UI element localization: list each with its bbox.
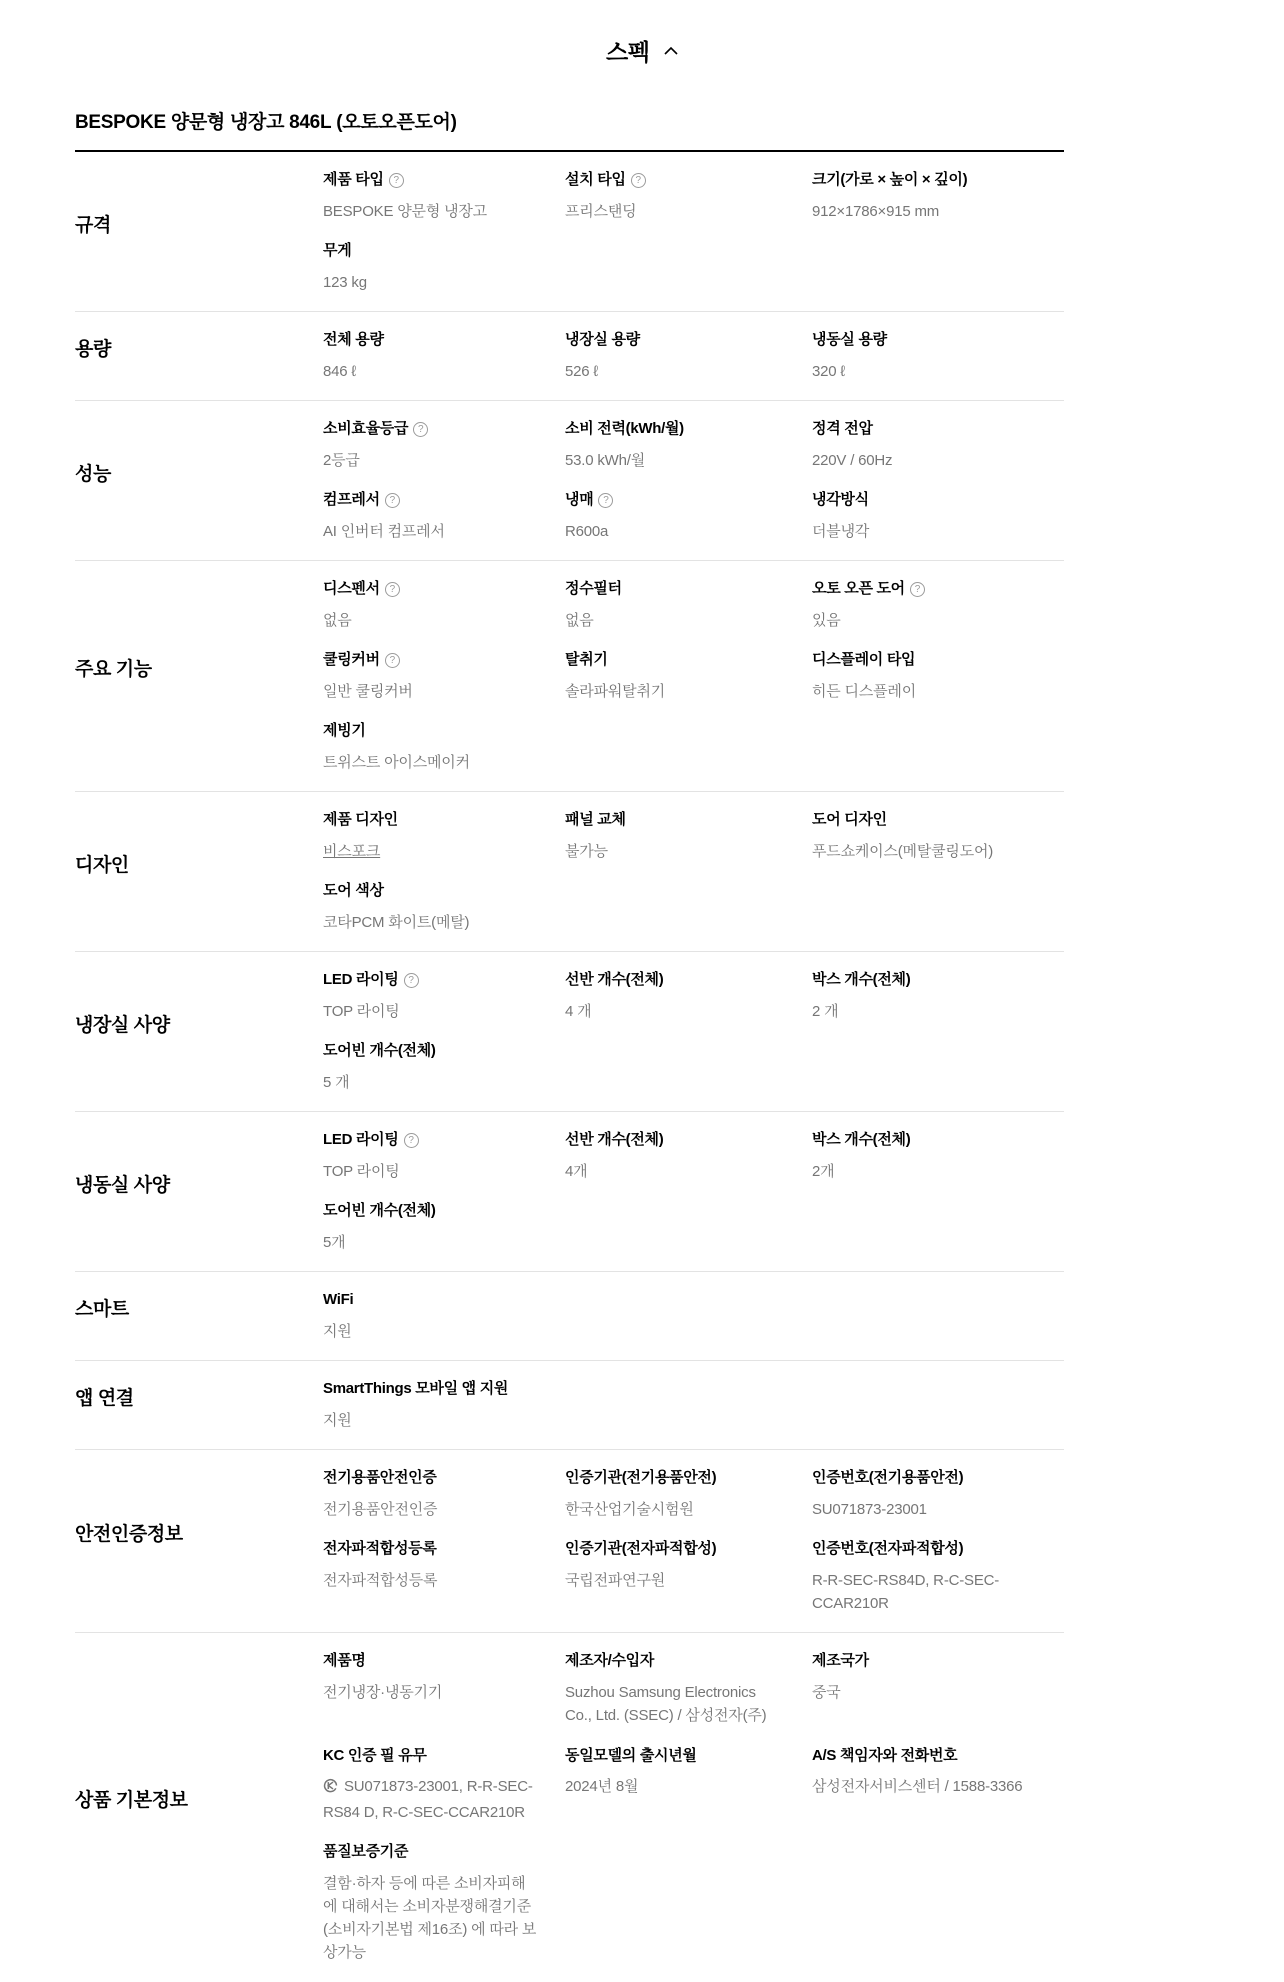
spec-cell: 무게123 kg	[323, 242, 565, 294]
spec-row: 도어 색상코타PCM 화이트(메탈)	[323, 863, 1064, 934]
spec-cell-label-text: 무게	[323, 242, 351, 259]
spec-cell-label-text: 전자파적합성등록	[323, 1540, 437, 1557]
spec-content: BESPOKE양문형 냉장고846L(오토오픈도어) 규격제품 타입?BESPO…	[75, 107, 1064, 1982]
spec-cell-value: 트위스트 아이스메이커	[323, 751, 537, 774]
spec-cell: 선반 개수(전체)4개	[565, 1131, 812, 1183]
spec-row: LED 라이팅?TOP 라이팅선반 개수(전체)4 개박스 개수(전체)2 개	[323, 952, 1064, 1023]
spec-row: 쿨링커버?일반 쿨링커버탈취기솔라파워탈취기디스플레이 타입히든 디스플레이	[323, 632, 1064, 703]
spec-cell-value-text: TOP 라이팅	[323, 1163, 400, 1180]
spec-cell-label: A/S 책임자와 전화번호	[812, 1747, 1036, 1766]
section-content: 전체 용량846 ℓ냉장실 용량526 ℓ냉동실 용량320 ℓ	[323, 312, 1064, 383]
spec-cell-value: 220V / 60Hz	[812, 449, 1036, 472]
section-content: LED 라이팅?TOP 라이팅선반 개수(전체)4 개박스 개수(전체)2 개도…	[323, 952, 1064, 1094]
spec-cell-value: 결함·하자 등에 따른 소비자피해에 대해서는 소비자분쟁해결기준(소비자기본법…	[323, 1872, 537, 1965]
spec-cell: 냉각방식더블냉각	[812, 491, 1064, 543]
spec-cell: LED 라이팅?TOP 라이팅	[323, 971, 565, 1023]
spec-row: 제품명전기냉장·냉동기기제조자/수입자Suzhou Samsung Electr…	[323, 1633, 1064, 1727]
spec-cell-label: 디스플레이 타입	[812, 651, 1036, 670]
spec-cell-label-text: 크기(가로 × 높이 × 깊이)	[812, 171, 967, 188]
spec-cell-label: 제품명	[323, 1652, 537, 1671]
spec-cell: 전자파적합성등록전자파적합성등록	[323, 1540, 565, 1615]
spec-cell-label: 도어 디자인	[812, 811, 1036, 830]
spec-cell-value-text: 846 ℓ	[323, 363, 356, 380]
spec-cell-value-text: 트위스트 아이스메이커	[323, 754, 470, 771]
spec-cell-value-text: 4개	[565, 1163, 587, 1180]
info-tooltip-icon[interactable]: ?	[389, 173, 404, 188]
spec-row: SmartThings 모바일 앱 지원지원	[323, 1361, 1064, 1432]
section-content: SmartThings 모바일 앱 지원지원	[323, 1361, 1064, 1432]
spec-cell-label: 도어빈 개수(전체)	[323, 1042, 537, 1061]
section-label: 냉장실 사양	[75, 952, 323, 1094]
spec-cell-label: 쿨링커버?	[323, 651, 537, 670]
spec-cell-value-text: Suzhou Samsung Electronics Co., Ltd. (SS…	[565, 1684, 766, 1724]
product-type: 양문형 냉장고	[171, 112, 284, 133]
spec-cell-value-text: 일반 쿨링커버	[323, 683, 413, 700]
spec-cell-label-text: 정수필터	[565, 580, 622, 597]
spec-cell-label: 선반 개수(전체)	[565, 1131, 784, 1150]
spec-cell-label-text: 정격 전압	[812, 420, 873, 437]
section-content: 제품명전기냉장·냉동기기제조자/수입자Suzhou Samsung Electr…	[323, 1633, 1064, 1964]
spec-cell-label-text: 전기용품안전인증	[323, 1469, 437, 1486]
spec-cell-label-text: 오토 오픈 도어	[812, 580, 905, 597]
spec-cell-label: 제조자/수입자	[565, 1652, 784, 1671]
section-label: 성능	[75, 401, 323, 543]
spec-cell-label-text: 인증기관(전기용품안전)	[565, 1469, 716, 1486]
spec-cell-label: 크기(가로 × 높이 × 깊이)	[812, 171, 1036, 190]
spec-cell-label: 무게	[323, 242, 537, 261]
spec-cell-label: 설치 타입?	[565, 171, 784, 190]
spec-cell: WiFi지원	[323, 1291, 565, 1343]
section-content: LED 라이팅?TOP 라이팅선반 개수(전체)4개박스 개수(전체)2개도어빈…	[323, 1112, 1064, 1254]
spec-cell: 제품 디자인비스포크	[323, 811, 565, 863]
spec-cell-label-text: WiFi	[323, 1291, 353, 1308]
spec-cell-value: Suzhou Samsung Electronics Co., Ltd. (SS…	[565, 1681, 784, 1728]
spec-cell-value: 전기냉장·냉동기기	[323, 1681, 537, 1704]
spec-cell: 전기용품안전인증전기용품안전인증	[323, 1469, 565, 1521]
spec-cell-label-text: 선반 개수(전체)	[565, 971, 663, 988]
section-content: 디스펜서?없음정수필터없음오토 오픈 도어?있음쿨링커버?일반 쿨링커버탈취기솔…	[323, 561, 1064, 774]
spec-row: 제빙기트위스트 아이스메이커	[323, 703, 1064, 774]
spec-cell: 설치 타입?프리스탠딩	[565, 171, 812, 223]
spec-cell-value: 국립전파연구원	[565, 1569, 784, 1592]
spec-cell-label: 탈취기	[565, 651, 784, 670]
spec-cell: 전체 용량846 ℓ	[323, 331, 565, 383]
spec-row: 제품 디자인비스포크패널 교체불가능도어 디자인푸드쇼케이스(메탈쿨링도어)	[323, 792, 1064, 863]
spec-cell: 패널 교체불가능	[565, 811, 812, 863]
spec-cell: 디스펜서?없음	[323, 580, 565, 632]
spec-cell-value: 일반 쿨링커버	[323, 680, 537, 703]
spec-row: 도어빈 개수(전체)5개	[323, 1183, 1064, 1254]
spec-cell-label-text: 도어빈 개수(전체)	[323, 1042, 436, 1059]
spec-cell: 선반 개수(전체)4 개	[565, 971, 812, 1023]
spec-cell: 도어 디자인푸드쇼케이스(메탈쿨링도어)	[812, 811, 1064, 863]
spec-cell-value-text: 푸드쇼케이스(메탈쿨링도어)	[812, 843, 993, 860]
spec-cell: 도어빈 개수(전체)5개	[323, 1202, 565, 1254]
info-tooltip-icon[interactable]: ?	[413, 422, 428, 437]
spec-row: 전자파적합성등록전자파적합성등록인증기관(전자파적합성)국립전파연구원인증번호(…	[323, 1521, 1064, 1615]
spec-cell-label: 컴프레서?	[323, 491, 537, 510]
spec-cell-value: SU071873-23001	[812, 1498, 1036, 1521]
spec-cell-value: SU071873-23001, R-R-SEC-RS84 D, R-C-SEC-…	[323, 1775, 537, 1824]
spec-row: 무게123 kg	[323, 223, 1064, 294]
spec-cell: 제빙기트위스트 아이스메이커	[323, 722, 565, 774]
spec-cell-label: 제품 디자인	[323, 811, 537, 830]
spec-row: LED 라이팅?TOP 라이팅선반 개수(전체)4개박스 개수(전체)2개	[323, 1112, 1064, 1183]
spec-cell: 도어빈 개수(전체)5 개	[323, 1042, 565, 1094]
spec-cell-label: 제품 타입?	[323, 171, 537, 190]
spec-cell-label: 품질보증기준	[323, 1843, 537, 1862]
spec-cell-value-text: 526 ℓ	[565, 363, 598, 380]
spec-cell-value-text: R-R-SEC-RS84D, R-C-SEC-CCAR210R	[812, 1572, 999, 1612]
spec-cell: 소비 전력(kWh/월)53.0 kWh/월	[565, 420, 812, 472]
spec-section: 디자인제품 디자인비스포크패널 교체불가능도어 디자인푸드쇼케이스(메탈쿨링도어…	[75, 791, 1064, 951]
spec-cell-value: 한국산업기술시험원	[565, 1498, 784, 1521]
spec-cell: 제조자/수입자Suzhou Samsung Electronics Co., L…	[565, 1652, 812, 1727]
spec-cell-value-text: TOP 라이팅	[323, 1003, 400, 1020]
spec-cell-value: 4개	[565, 1160, 784, 1183]
spec-cell-value: R-R-SEC-RS84D, R-C-SEC-CCAR210R	[812, 1569, 1036, 1616]
section-content: 제품 타입?BESPOKE 양문형 냉장고설치 타입?프리스탠딩크기(가로 × …	[323, 152, 1064, 294]
spec-cell: A/S 책임자와 전화번호삼성전자서비스센터 / 1588-3366	[812, 1747, 1064, 1824]
spec-cell-label-text: 제빙기	[323, 722, 366, 739]
spec-row: 디스펜서?없음정수필터없음오토 오픈 도어?있음	[323, 561, 1064, 632]
section-label: 상품 기본정보	[75, 1633, 323, 1964]
spec-row: 소비효율등급?2등급소비 전력(kWh/월)53.0 kWh/월정격 전압220…	[323, 401, 1064, 472]
spec-cell-label-text: SmartThings 모바일 앱 지원	[323, 1380, 508, 1397]
spec-cell-label: 제빙기	[323, 722, 537, 741]
section-label: 디자인	[75, 792, 323, 934]
info-tooltip-icon[interactable]: ?	[910, 582, 925, 597]
spec-cell-label: 인증번호(전기용품안전)	[812, 1469, 1036, 1488]
spec-cell-label: 패널 교체	[565, 811, 784, 830]
spec-cell-label: 박스 개수(전체)	[812, 1131, 1036, 1150]
info-tooltip-icon[interactable]: ?	[598, 493, 613, 508]
spec-cell-value-text: 없음	[323, 612, 352, 629]
spec-cell-value: 912×1786×915 mm	[812, 200, 1036, 223]
bespoke-link[interactable]: 비스포크	[323, 843, 380, 860]
spec-cell-label-text: 제품 디자인	[323, 811, 398, 828]
spec-cell-value-text: 지원	[323, 1412, 352, 1429]
spec-cell-value: 5 개	[323, 1071, 537, 1094]
spec-cell: 박스 개수(전체)2개	[812, 1131, 1064, 1183]
spec-section: 규격제품 타입?BESPOKE 양문형 냉장고설치 타입?프리스탠딩크기(가로 …	[75, 152, 1064, 311]
spec-cell-label-text: 패널 교체	[565, 811, 626, 828]
spec-cell-value: 중국	[812, 1681, 1036, 1704]
spec-cell-label: 전기용품안전인증	[323, 1469, 537, 1488]
spec-cell-value: 846 ℓ	[323, 360, 537, 383]
spec-cell: 박스 개수(전체)2 개	[812, 971, 1064, 1023]
spec-cell: 냉동실 용량320 ℓ	[812, 331, 1064, 383]
spec-cell-value-text: BESPOKE 양문형 냉장고	[323, 203, 487, 220]
spec-cell-value: 2 개	[812, 1000, 1036, 1023]
spec-cell-label: 냉장실 용량	[565, 331, 784, 350]
spec-cell-label-text: 박스 개수(전체)	[812, 971, 910, 988]
spec-cell: LED 라이팅?TOP 라이팅	[323, 1131, 565, 1183]
spec-cell-value: 2등급	[323, 449, 537, 472]
spec-cell-value-text: 5 개	[323, 1074, 349, 1091]
spec-cell: 정수필터없음	[565, 580, 812, 632]
info-tooltip-icon[interactable]: ?	[385, 493, 400, 508]
spec-cell-label: 인증기관(전자파적합성)	[565, 1540, 784, 1559]
spec-cell-value: 없음	[565, 609, 784, 632]
spec-row: 컴프레서?AI 인버터 컴프레서냉매?R600a냉각방식더블냉각	[323, 472, 1064, 543]
info-tooltip-icon[interactable]: ?	[385, 582, 400, 597]
spec-cell-value: 히든 디스플레이	[812, 680, 1036, 703]
spec-cell-value-text: 있음	[812, 612, 841, 629]
spec-cell-label: 정수필터	[565, 580, 784, 599]
spec-cell-value: 삼성전자서비스센터 / 1588-3366	[812, 1775, 1036, 1798]
spec-cell-label-text: 컴프레서	[323, 491, 380, 508]
spec-cell: 크기(가로 × 높이 × 깊이)912×1786×915 mm	[812, 171, 1064, 223]
spec-cell-label-text: 소비효율등급	[323, 420, 408, 437]
spec-cell: 제품 타입?BESPOKE 양문형 냉장고	[323, 171, 565, 223]
spec-cell-label-text: 냉각방식	[812, 491, 869, 508]
section-label: 안전인증정보	[75, 1450, 323, 1615]
section-content: 소비효율등급?2등급소비 전력(kWh/월)53.0 kWh/월정격 전압220…	[323, 401, 1064, 543]
section-content: WiFi지원	[323, 1272, 1064, 1343]
spec-cell-value: 5개	[323, 1231, 537, 1254]
spec-row: 품질보증기준결함·하자 등에 따른 소비자피해에 대해서는 소비자분쟁해결기준(…	[323, 1824, 1064, 1965]
spec-cell-label: KC 인증 필 유무	[323, 1747, 537, 1766]
spec-cell-value-text: 전자파적합성등록	[323, 1572, 437, 1589]
spec-section: 냉장실 사양LED 라이팅?TOP 라이팅선반 개수(전체)4 개박스 개수(전…	[75, 951, 1064, 1111]
spec-cell: 디스플레이 타입히든 디스플레이	[812, 651, 1064, 703]
spec-cell-value: 2개	[812, 1160, 1036, 1183]
spec-accordion-header[interactable]: 스펙	[0, 0, 1284, 107]
spec-cell-value: 지원	[323, 1409, 537, 1432]
chevron-up-icon	[664, 42, 678, 60]
spec-cell-label: WiFi	[323, 1291, 537, 1310]
spec-section: 상품 기본정보제품명전기냉장·냉동기기제조자/수입자Suzhou Samsung…	[75, 1632, 1064, 1981]
product-title: BESPOKE양문형 냉장고846L(오토오픈도어)	[75, 107, 1064, 150]
spec-cell-value-text: SU071873-23001	[812, 1501, 927, 1518]
spec-cell-label-text: 제조국가	[812, 1652, 869, 1669]
spec-cell: SmartThings 모바일 앱 지원지원	[323, 1380, 565, 1432]
spec-cell-value: AI 인버터 컴프레서	[323, 520, 537, 543]
spec-cell-label: LED 라이팅?	[323, 971, 537, 990]
spec-row: 전기용품안전인증전기용품안전인증인증기관(전기용품안전)한국산업기술시험원인증번…	[323, 1450, 1064, 1521]
spec-cell-label-text: 쿨링커버	[323, 651, 380, 668]
spec-cell-value: 솔라파워탈취기	[565, 680, 784, 703]
spec-cell-value-text: 2024년 8월	[565, 1778, 638, 1795]
spec-cell-value: 53.0 kWh/월	[565, 449, 784, 472]
spec-cell-value: 있음	[812, 609, 1036, 632]
section-label: 주요 기능	[75, 561, 323, 774]
info-tooltip-icon[interactable]: ?	[404, 1133, 419, 1148]
spec-cell-value: R600a	[565, 520, 784, 543]
spec-cell-label: 도어 색상	[323, 882, 537, 901]
spec-section: 냉동실 사양LED 라이팅?TOP 라이팅선반 개수(전체)4개박스 개수(전체…	[75, 1111, 1064, 1271]
spec-cell-value: 전기용품안전인증	[323, 1498, 537, 1521]
spec-cell-value: 더블냉각	[812, 520, 1036, 543]
spec-cell-label-text: 냉장실 용량	[565, 331, 640, 348]
spec-cell: 정격 전압220V / 60Hz	[812, 420, 1064, 472]
spec-cell-label-text: 동일모델의 출시년월	[565, 1747, 697, 1764]
spec-cell-value-text: 프리스탠딩	[565, 203, 636, 220]
spec-cell-label-text: 소비 전력(kWh/월)	[565, 420, 684, 437]
spec-section: 앱 연결SmartThings 모바일 앱 지원지원	[75, 1360, 1064, 1449]
section-label: 용량	[75, 312, 323, 383]
spec-cell-value: 프리스탠딩	[565, 200, 784, 223]
spec-cell-label-text: 인증기관(전자파적합성)	[565, 1540, 716, 1557]
spec-cell-value-text: 한국산업기술시험원	[565, 1501, 694, 1518]
spec-cell: KC 인증 필 유무SU071873-23001, R-R-SEC-RS84 D…	[323, 1747, 565, 1824]
spec-cell-label: 디스펜서?	[323, 580, 537, 599]
spec-cell-label: 냉동실 용량	[812, 331, 1036, 350]
spec-cell-value-text: SU071873-23001, R-R-SEC-RS84 D, R-C-SEC-…	[323, 1778, 533, 1820]
spec-cell-value: TOP 라이팅	[323, 1160, 537, 1183]
spec-cell-value-text: 솔라파워탈취기	[565, 683, 665, 700]
spec-cell-value: 전자파적합성등록	[323, 1569, 537, 1592]
spec-cell: 쿨링커버?일반 쿨링커버	[323, 651, 565, 703]
spec-cell-label-text: A/S 책임자와 전화번호	[812, 1747, 957, 1764]
spec-cell-value-text: 5개	[323, 1234, 345, 1251]
spec-cell-label: 정격 전압	[812, 420, 1036, 439]
spec-cell-value-text: 더블냉각	[812, 523, 869, 540]
spec-cell-label-text: 도어 색상	[323, 882, 384, 899]
spec-cell-label: 전자파적합성등록	[323, 1540, 537, 1559]
spec-cell-value-text: 2개	[812, 1163, 834, 1180]
spec-cell-label-text: 인증번호(전기용품안전)	[812, 1469, 963, 1486]
spec-cell-value-text: R600a	[565, 523, 608, 540]
spec-cell-value: 불가능	[565, 840, 784, 863]
spec-title: 스펙	[606, 39, 649, 65]
spec-cell-value-text: 코타PCM 화이트(메탈)	[323, 914, 469, 931]
spec-cell: 오토 오픈 도어?있음	[812, 580, 1064, 632]
spec-cell-label: 박스 개수(전체)	[812, 971, 1036, 990]
spec-cell-label-text: 제품 타입	[323, 171, 384, 188]
info-tooltip-icon[interactable]: ?	[404, 973, 419, 988]
spec-cell-label-text: 탈취기	[565, 651, 608, 668]
spec-cell: 제품명전기냉장·냉동기기	[323, 1652, 565, 1727]
spec-cell-value: 지원	[323, 1320, 537, 1343]
spec-cell: 인증기관(전기용품안전)한국산업기술시험원	[565, 1469, 812, 1521]
spec-cell-value-text: 지원	[323, 1323, 352, 1340]
spec-cell-label: 소비 전력(kWh/월)	[565, 420, 784, 439]
spec-cell-value: BESPOKE 양문형 냉장고	[323, 200, 537, 223]
spec-cell-label-text: 설치 타입	[565, 171, 626, 188]
spec-cell-value: 코타PCM 화이트(메탈)	[323, 911, 537, 934]
spec-row: 전체 용량846 ℓ냉장실 용량526 ℓ냉동실 용량320 ℓ	[323, 312, 1064, 383]
spec-cell-label-text: 도어 디자인	[812, 811, 887, 828]
spec-cell-label: 냉각방식	[812, 491, 1036, 510]
spec-cell-value-text: 히든 디스플레이	[812, 683, 916, 700]
spec-cell-value: 2024년 8월	[565, 1775, 784, 1798]
spec-cell: 인증번호(전기용품안전)SU071873-23001	[812, 1469, 1064, 1521]
spec-cell-label: 소비효율등급?	[323, 420, 537, 439]
spec-cell-value-text: 중국	[812, 1684, 841, 1701]
spec-cell-label-text: 박스 개수(전체)	[812, 1131, 910, 1148]
spec-cell: 인증기관(전자파적합성)국립전파연구원	[565, 1540, 812, 1615]
spec-cell: 컴프레서?AI 인버터 컴프레서	[323, 491, 565, 543]
spec-section: 주요 기능디스펜서?없음정수필터없음오토 오픈 도어?있음쿨링커버?일반 쿨링커…	[75, 560, 1064, 791]
info-tooltip-icon[interactable]: ?	[385, 653, 400, 668]
spec-cell-label-text: 전체 용량	[323, 331, 384, 348]
spec-cell-label-text: 냉매	[565, 491, 593, 508]
spec-cell-label-text: KC 인증 필 유무	[323, 1747, 427, 1764]
spec-cell-value-text: 불가능	[565, 843, 608, 860]
product-capacity: 846L	[289, 112, 331, 133]
spec-row: KC 인증 필 유무SU071873-23001, R-R-SEC-RS84 D…	[323, 1728, 1064, 1824]
spec-page: 스펙 BESPOKE양문형 냉장고846L(오토오픈도어) 규격제품 타입?BE…	[0, 0, 1284, 1982]
section-content: 전기용품안전인증전기용품안전인증인증기관(전기용품안전)한국산업기술시험원인증번…	[323, 1450, 1064, 1615]
spec-cell-value: 320 ℓ	[812, 360, 1036, 383]
spec-cell-label-text: 도어빈 개수(전체)	[323, 1202, 436, 1219]
spec-cell-value-text: 전기용품안전인증	[323, 1501, 437, 1518]
spec-cell-value-text: 결함·하자 등에 따른 소비자피해에 대해서는 소비자분쟁해결기준(소비자기본법…	[323, 1875, 536, 1962]
spec-cell-value-text: 912×1786×915 mm	[812, 203, 939, 220]
section-label: 스마트	[75, 1272, 323, 1343]
spec-cell-value-text: 전기냉장·냉동기기	[323, 1684, 442, 1701]
spec-row: WiFi지원	[323, 1272, 1064, 1343]
spec-cell-value-text: 123 kg	[323, 274, 367, 291]
spec-section: 안전인증정보전기용품안전인증전기용품안전인증인증기관(전기용품안전)한국산업기술…	[75, 1449, 1064, 1632]
spec-cell-value-text: 국립전파연구원	[565, 1572, 665, 1589]
spec-cell: 동일모델의 출시년월2024년 8월	[565, 1747, 812, 1824]
spec-cell: 인증번호(전자파적합성)R-R-SEC-RS84D, R-C-SEC-CCAR2…	[812, 1540, 1064, 1615]
spec-cell-value: 123 kg	[323, 271, 537, 294]
section-label: 냉동실 사양	[75, 1112, 323, 1254]
spec-cell-label: 오토 오픈 도어?	[812, 580, 1036, 599]
section-label: 앱 연결	[75, 1361, 323, 1432]
section-label: 규격	[75, 152, 323, 294]
spec-cell-label: SmartThings 모바일 앱 지원	[323, 1380, 537, 1399]
spec-cell-label: 선반 개수(전체)	[565, 971, 784, 990]
spec-cell-label: 제조국가	[812, 1652, 1036, 1671]
spec-cell: 냉매?R600a	[565, 491, 812, 543]
spec-cell-value: 526 ℓ	[565, 360, 784, 383]
spec-cell-label: 인증기관(전기용품안전)	[565, 1469, 784, 1488]
spec-cell-value: TOP 라이팅	[323, 1000, 537, 1023]
spec-cell-label-text: LED 라이팅	[323, 1131, 399, 1148]
spec-cell-label-text: LED 라이팅	[323, 971, 399, 988]
spec-cell-value: 비스포크	[323, 840, 537, 863]
spec-cell: 탈취기솔라파워탈취기	[565, 651, 812, 703]
spec-cell-label-text: 선반 개수(전체)	[565, 1131, 663, 1148]
spec-cell-value-text: 320 ℓ	[812, 363, 845, 380]
spec-cell-label: 도어빈 개수(전체)	[323, 1202, 537, 1221]
spec-cell-value: 4 개	[565, 1000, 784, 1023]
spec-row: 도어빈 개수(전체)5 개	[323, 1023, 1064, 1094]
spec-cell-value-text: 삼성전자서비스센터 / 1588-3366	[812, 1778, 1022, 1795]
spec-table: 규격제품 타입?BESPOKE 양문형 냉장고설치 타입?프리스탠딩크기(가로 …	[75, 150, 1064, 1982]
spec-cell-label: 인증번호(전자파적합성)	[812, 1540, 1036, 1559]
spec-cell-label: LED 라이팅?	[323, 1131, 537, 1150]
spec-cell-label: 냉매?	[565, 491, 784, 510]
spec-cell-label-text: 인증번호(전자파적합성)	[812, 1540, 963, 1557]
spec-cell-value-text: 220V / 60Hz	[812, 452, 892, 469]
spec-row: 제품 타입?BESPOKE 양문형 냉장고설치 타입?프리스탠딩크기(가로 × …	[323, 152, 1064, 223]
spec-cell-label-text: 제조자/수입자	[565, 1652, 654, 1669]
spec-cell-label-text: 품질보증기준	[323, 1843, 408, 1860]
spec-section: 용량전체 용량846 ℓ냉장실 용량526 ℓ냉동실 용량320 ℓ	[75, 311, 1064, 400]
spec-cell-label-text: 디스플레이 타입	[812, 651, 915, 668]
spec-section: 스마트WiFi지원	[75, 1271, 1064, 1360]
spec-cell-value-text: 2등급	[323, 452, 360, 469]
spec-section: 성능소비효율등급?2등급소비 전력(kWh/월)53.0 kWh/월정격 전압2…	[75, 400, 1064, 560]
spec-cell-label: 전체 용량	[323, 331, 537, 350]
spec-cell-label-text: 냉동실 용량	[812, 331, 887, 348]
spec-cell-value-text: 4 개	[565, 1003, 591, 1020]
spec-cell-value-text: AI 인버터 컴프레서	[323, 523, 445, 540]
spec-cell: 소비효율등급?2등급	[323, 420, 565, 472]
product-variant: (오토오픈도어)	[336, 112, 456, 133]
spec-cell: 품질보증기준결함·하자 등에 따른 소비자피해에 대해서는 소비자분쟁해결기준(…	[323, 1843, 565, 1965]
info-tooltip-icon[interactable]: ?	[631, 173, 646, 188]
spec-cell: 제조국가중국	[812, 1652, 1064, 1727]
spec-cell-label-text: 제품명	[323, 1652, 366, 1669]
spec-cell-value-text: 없음	[565, 612, 594, 629]
